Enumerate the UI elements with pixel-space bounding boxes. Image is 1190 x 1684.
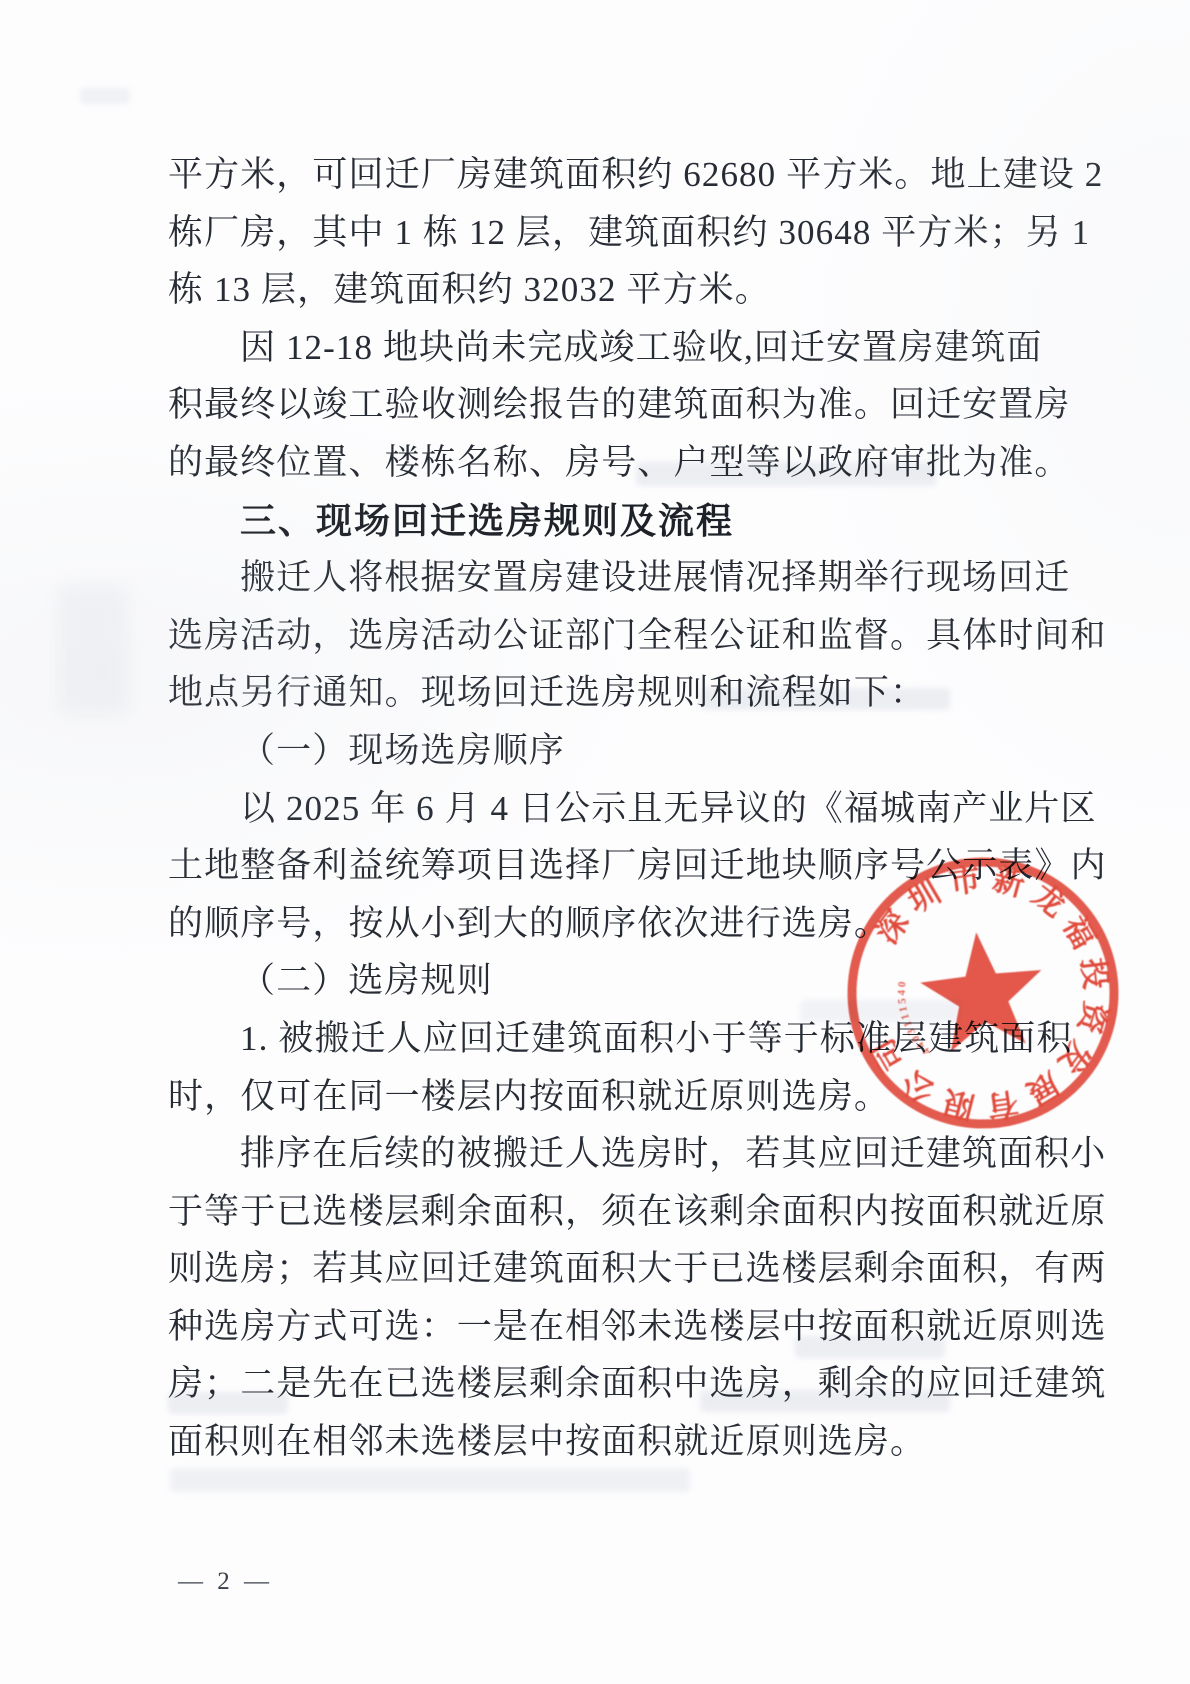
text-line: 选房活动，选房活动公证部门全程公证和监督。具体时间和 bbox=[168, 607, 960, 665]
text-line: 地点另行通知。现场回迁选房规则和流程如下： bbox=[168, 664, 960, 722]
text-line: 面积则在相邻未选楼层中按面积就近原则选房。 bbox=[168, 1413, 960, 1471]
text-line: 栋 13 层，建筑面积约 32032 平方米。 bbox=[168, 261, 960, 319]
document-page: 平方米，可回迁厂房建筑面积约 62680 平方米。地上建设 2栋厂房，其中 1 … bbox=[0, 0, 1190, 1684]
scan-artifact bbox=[58, 585, 128, 715]
text-line: 积最终以竣工验收测绘报告的建筑面积为准。回迁安置房 bbox=[168, 376, 960, 434]
text-line: （一）现场选房顺序 bbox=[168, 722, 960, 780]
text-line: 排序在后续的被搬迁人选房时，若其应回迁建筑面积小 bbox=[168, 1125, 960, 1183]
star-icon bbox=[918, 930, 1043, 1054]
text-line: 因 12-18 地块尚未完成竣工验收,回迁安置房建筑面 bbox=[168, 319, 960, 377]
section-heading: 三、现场回迁选房规则及流程 bbox=[168, 492, 960, 550]
text-line: 栋厂房，其中 1 栋 12 层，建筑面积约 30648 平方米；另 1 bbox=[168, 204, 960, 262]
text-line: 以 2025 年 6 月 4 日公示且无异议的《福城南产业片区 bbox=[168, 780, 960, 838]
page-number: — 2 — bbox=[178, 1568, 273, 1596]
text-line: 种选房方式可选：一是在相邻未选楼层中按面积就近原则选 bbox=[168, 1298, 960, 1356]
scan-artifact bbox=[170, 1468, 690, 1492]
official-seal: 深圳市新龙福投资发展有限公司 4403111540 bbox=[833, 843, 1133, 1143]
text-line: 于等于已选楼层剩余面积，须在该剩余面积内按面积就近原 bbox=[168, 1183, 960, 1241]
text-line: 的最终位置、楼栋名称、房号、户型等以政府审批为准。 bbox=[168, 434, 960, 492]
scan-artifact bbox=[80, 88, 130, 104]
text-line: 房；二是先在已选楼层剩余面积中选房，剩余的应回迁建筑 bbox=[168, 1355, 960, 1413]
text-line: 平方米，可回迁厂房建筑面积约 62680 平方米。地上建设 2 bbox=[168, 146, 960, 204]
text-line: 则选房；若其应回迁建筑面积大于已选楼层剩余面积，有两 bbox=[168, 1240, 960, 1298]
text-line: 搬迁人将根据安置房建设进展情况择期举行现场回迁 bbox=[168, 549, 960, 607]
document-body: 平方米，可回迁厂房建筑面积约 62680 平方米。地上建设 2栋厂房，其中 1 … bbox=[168, 146, 960, 1471]
